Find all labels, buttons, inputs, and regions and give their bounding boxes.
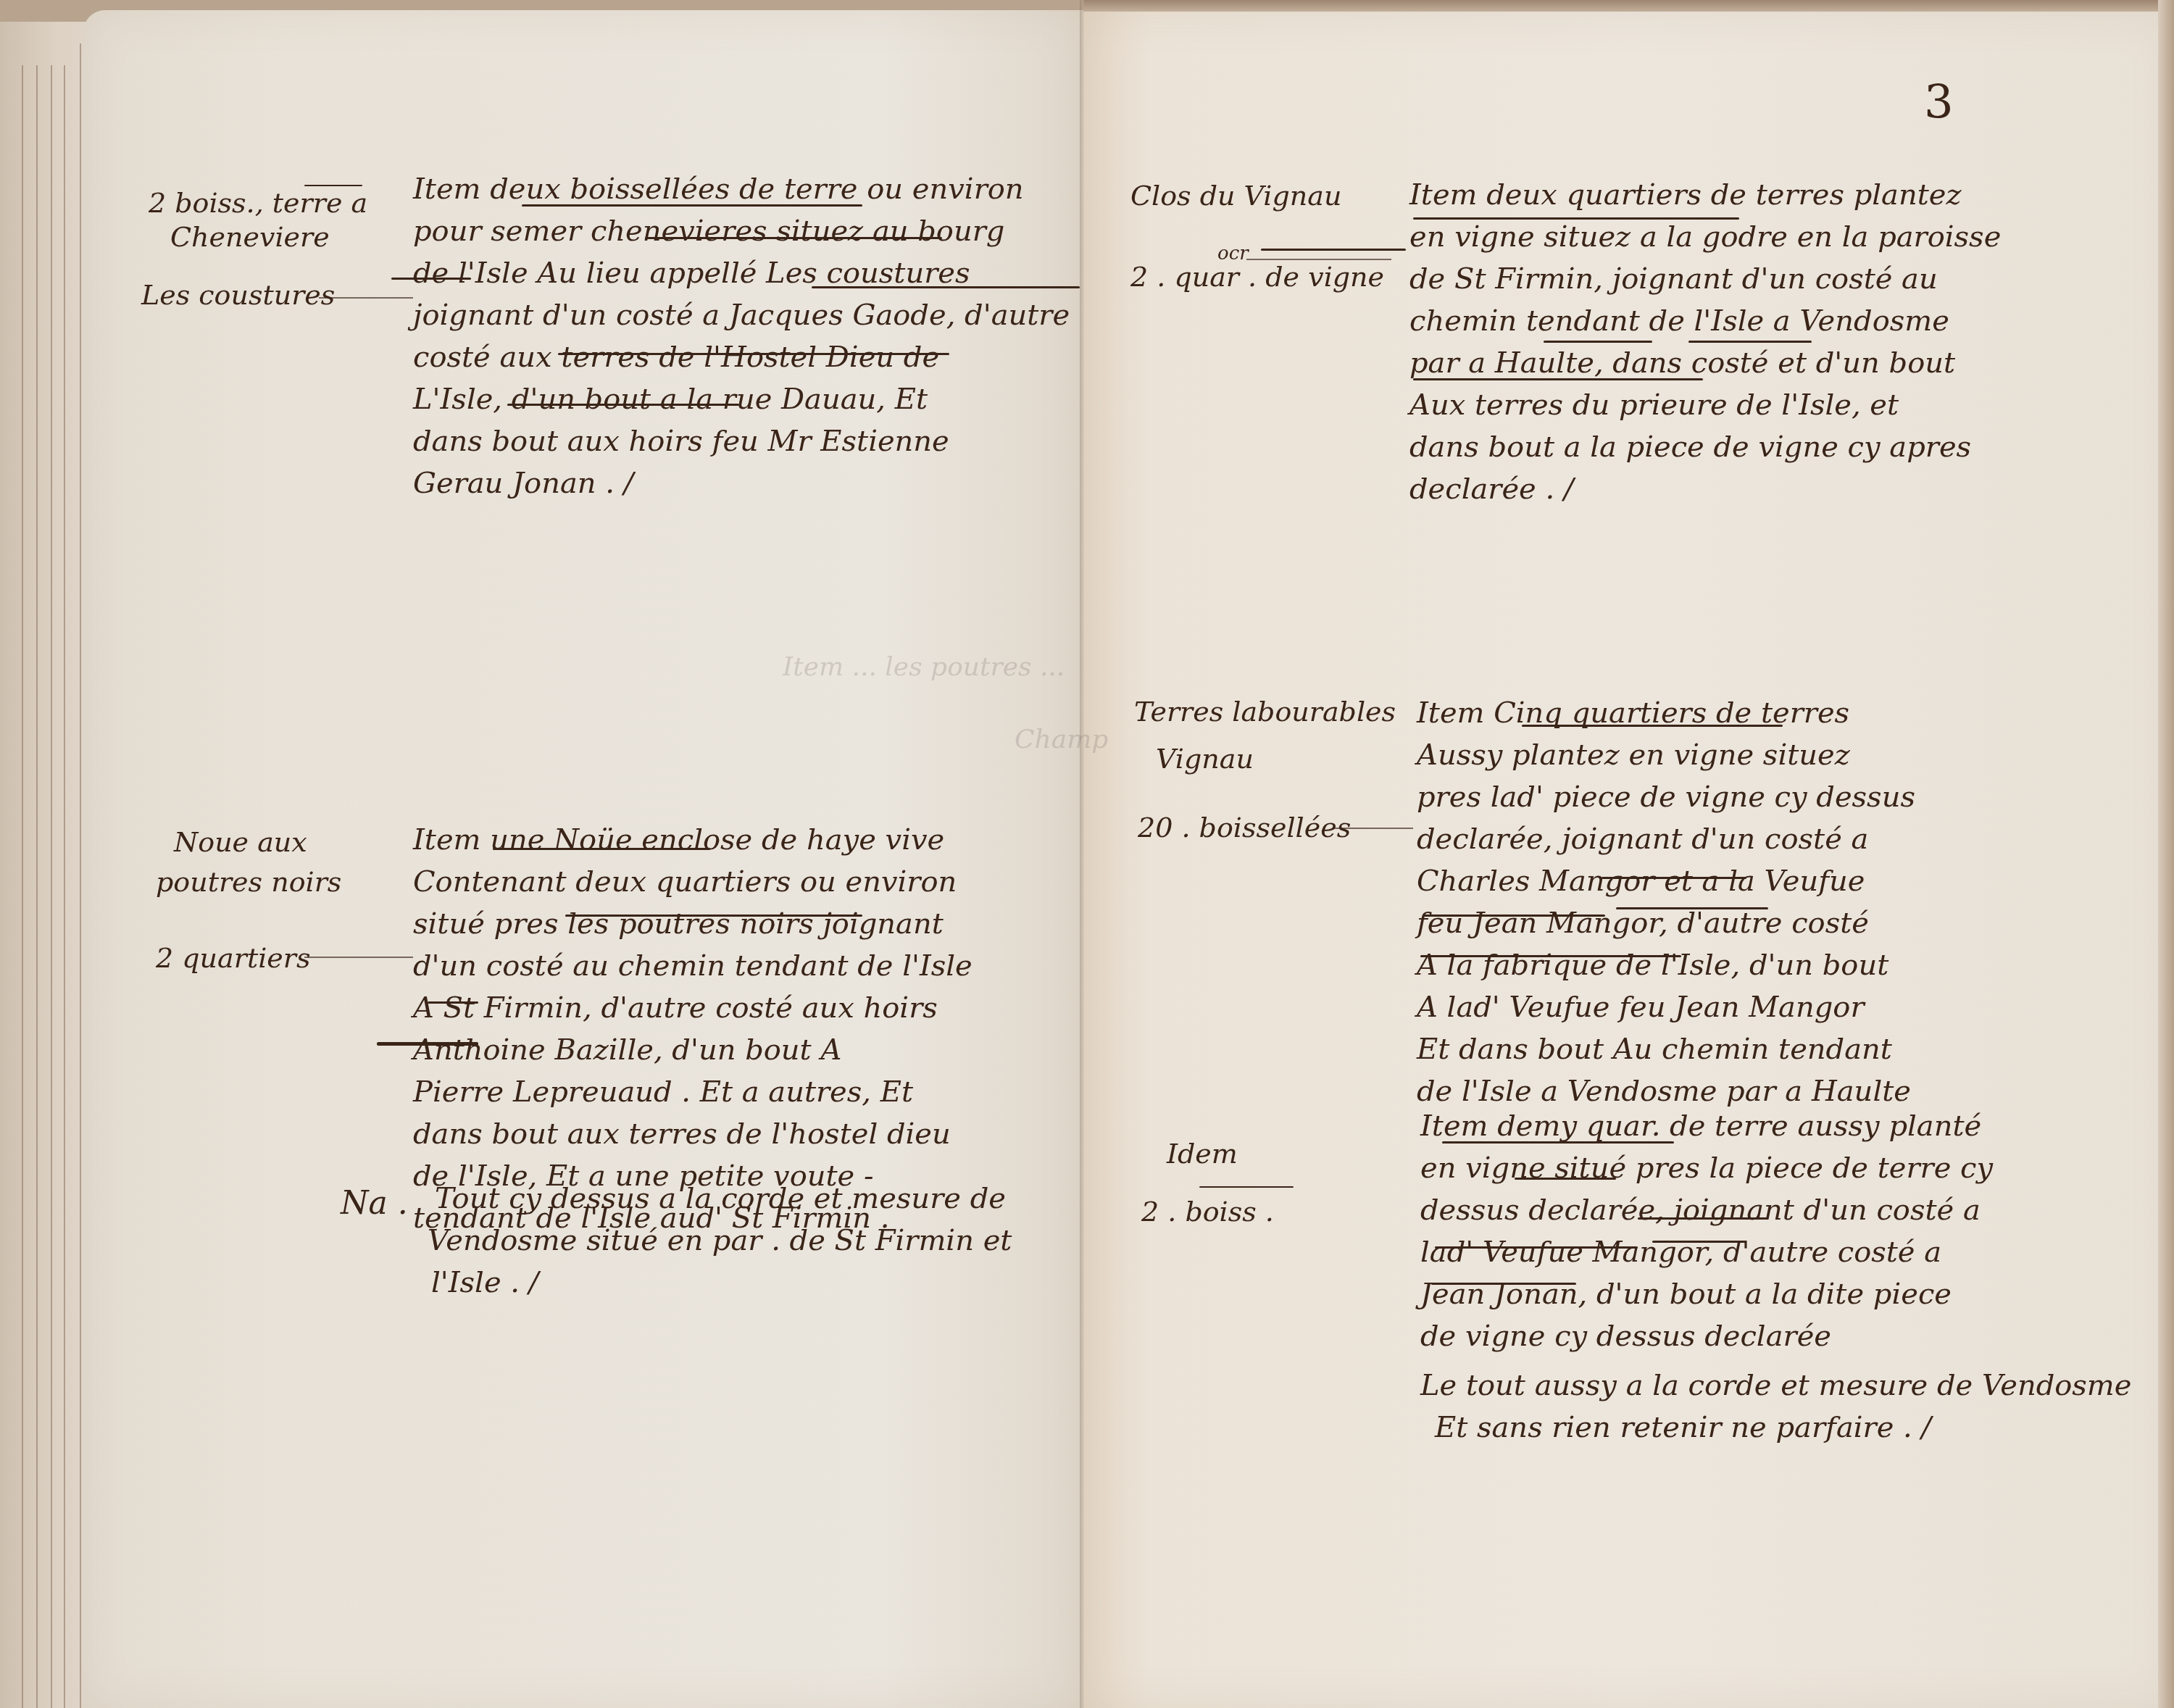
- underline-rule: [1616, 907, 1768, 909]
- underline-rule: [391, 278, 471, 280]
- text-line: Et dans bout Au chemin tendant: [1417, 1028, 1915, 1070]
- entry-body-right-3: Item demy quar. de terre aussy planté en…: [1420, 1105, 2131, 1449]
- text-line: chemin tendant de l'Isle a Vendosme: [1409, 300, 2001, 342]
- page-edge-line: [80, 43, 81, 1708]
- text-line: de St Firmin, joignant d'un costé au: [1409, 258, 2001, 300]
- text-line: A lad' Veufue feu Jean Mangor: [1417, 986, 1915, 1028]
- underline-rule: [1261, 249, 1406, 251]
- entry-body-right-2: Item Cinq quartiers de terres Aussy plan…: [1417, 692, 1915, 1112]
- margin-leader-line: [304, 957, 413, 958]
- book-gutter: [1080, 0, 1084, 1708]
- text-line: pres lad' piece de vigne cy dessus: [1417, 776, 1915, 818]
- text-line: l'Isle . /: [431, 1262, 1012, 1304]
- text-line: Pierre Lepreuaud . Et a autres, Et: [413, 1071, 973, 1113]
- underline-rule: [645, 237, 942, 239]
- text-line: dans bout aux terres de l'hostel dieu: [413, 1113, 973, 1155]
- margin-note-quantity: 2 . quar . de vigne: [1130, 261, 1384, 293]
- text-line: dans bout a la piece de vigne cy apres: [1409, 426, 2001, 468]
- text-line: Tout cy dessus a la corde et mesure de: [435, 1178, 1012, 1220]
- underline-rule: [1435, 1246, 1638, 1249]
- underline-rule: [565, 915, 862, 917]
- underline-rule: [1688, 341, 1812, 343]
- binding-right-edge: [2158, 0, 2174, 1708]
- underline-rule: [1442, 1141, 1674, 1143]
- text-line: Anthoine Bazille, d'un bout A: [413, 1029, 973, 1071]
- text-line: declarée, joignant d'un costé a: [1417, 818, 1915, 860]
- text-line: en vigne situez a la godre en la paroiss…: [1409, 216, 2001, 258]
- margin-note-place: Idem: [1167, 1138, 1238, 1170]
- margin-leader-line: [1333, 828, 1413, 829]
- page-number: 3: [1924, 76, 1954, 130]
- margin-note-place: Vignau: [1156, 743, 1254, 775]
- margin-note-quantity: 2 boiss., terre a: [149, 187, 367, 219]
- text-line: Charles Mangor et a la Veufue: [1417, 860, 1915, 902]
- underline-rule: [1522, 725, 1783, 727]
- margin-note-place: Noue aux: [174, 826, 307, 858]
- underline-rule: [1602, 877, 1746, 879]
- margin-note-place: Clos du Vignau: [1130, 180, 1341, 212]
- underline-rule: [1544, 341, 1652, 343]
- text-line: Le tout aussy a la corde et mesure de Ve…: [1420, 1365, 2131, 1407]
- margin-note-quantity: 2 quartiers: [156, 942, 310, 974]
- text-line: de vigne cy dessus declarée: [1420, 1315, 2131, 1357]
- margin-note-quantity: 20 . boissellées: [1138, 812, 1351, 843]
- underline-rule: [1431, 1283, 1576, 1285]
- text-line: lad' Veufue Mangor, d'autre costé a: [1420, 1231, 2131, 1273]
- margin-leader-line: [1246, 259, 1391, 260]
- bracket-rule: [377, 1042, 478, 1046]
- text-line: pour semer chenevieres situez au bourg: [413, 210, 1070, 252]
- bleed-through-text: Champ: [1015, 725, 1108, 754]
- text-line: Et sans rien retenir ne parfaire . /: [1435, 1407, 2131, 1449]
- text-line: Item Cinq quartiers de terres: [1417, 692, 1915, 734]
- text-line: L'Isle, d'un bout a la rue Dauau, Et: [413, 378, 1070, 420]
- margin-note-type: Cheneviere: [170, 221, 330, 253]
- strike-rule: [428, 1001, 478, 1004]
- note-label: Na .: [341, 1185, 408, 1222]
- margin-leader-line: [319, 297, 413, 299]
- underline-rule: [1199, 1186, 1294, 1188]
- underline-rule: [1424, 915, 1605, 917]
- underline-rule: [304, 185, 362, 186]
- text-line: situé pres les poutres noirs joignant: [413, 903, 973, 945]
- underline-rule: [1413, 217, 1739, 220]
- underline-rule: [507, 404, 739, 406]
- underline-rule: [1638, 1217, 1768, 1220]
- underline-rule: [558, 353, 949, 355]
- entry-body-left-2: Item une Noüe enclose de haye vive Conte…: [413, 819, 973, 1239]
- bleed-through-text: Item ... les poutres ...: [783, 652, 1065, 682]
- margin-note-place: Les coustures: [141, 279, 335, 311]
- text-line: Contenant deux quartiers ou environ: [413, 861, 973, 903]
- text-line: A St Firmin, d'autre costé aux hoirs: [413, 987, 973, 1029]
- text-line: Item une Noüe enclose de haye vive: [413, 819, 973, 861]
- margin-note-type: Terres labourables: [1134, 696, 1396, 728]
- margin-note-place: poutres noirs: [156, 866, 341, 898]
- text-line: A la fabrique de l'Isle, d'un bout: [1417, 944, 1915, 986]
- text-line: Aussy plantez en vigne situez: [1417, 734, 1915, 776]
- underline-rule: [812, 286, 1080, 288]
- text-line: costé aux terres de l'Hostel Dieu de: [413, 336, 1070, 378]
- text-line: declarée . /: [1409, 468, 2001, 510]
- text-line: Item deux quartiers de terres plantez: [1409, 174, 2001, 216]
- underline-rule: [1413, 378, 1703, 380]
- page-edge-line: [22, 65, 23, 1708]
- entry-body-left-1: Item deux boissellées de terre ou enviro…: [413, 168, 1070, 504]
- page-edge-line: [51, 65, 52, 1708]
- text-line: en vigne situé pres la piece de terre cy: [1420, 1147, 2131, 1189]
- underline-rule: [1420, 955, 1681, 957]
- text-line: joignant d'un costé a Jacques Gaode, d'a…: [413, 294, 1070, 336]
- entry-note-left: Tout cy dessus a la corde et mesure de V…: [435, 1178, 1012, 1304]
- page-edge-line: [64, 65, 65, 1708]
- text-line: d'un costé au chemin tendant de l'Isle: [413, 945, 973, 987]
- underline-rule: [493, 848, 710, 850]
- text-line: Gerau Jonan . /: [413, 462, 1070, 504]
- underline-rule: [1652, 1241, 1746, 1243]
- text-line: Jean Jonan, d'un bout a la dite piece: [1420, 1273, 2131, 1315]
- text-line: Vendosme situé en par . de St Firmin et: [428, 1220, 1012, 1262]
- page-edge-line: [36, 65, 38, 1708]
- margin-note-quantity: 2 . boiss .: [1141, 1196, 1274, 1228]
- text-line: dans bout aux hoirs feu Mr Estienne: [413, 420, 1070, 462]
- text-line: dessus declarée, joignant d'un costé a: [1420, 1189, 2131, 1231]
- underline-rule: [1515, 1178, 1616, 1180]
- text-line: Aux terres du prieure de l'Isle, et: [1409, 384, 2001, 426]
- underline-rule: [522, 204, 862, 207]
